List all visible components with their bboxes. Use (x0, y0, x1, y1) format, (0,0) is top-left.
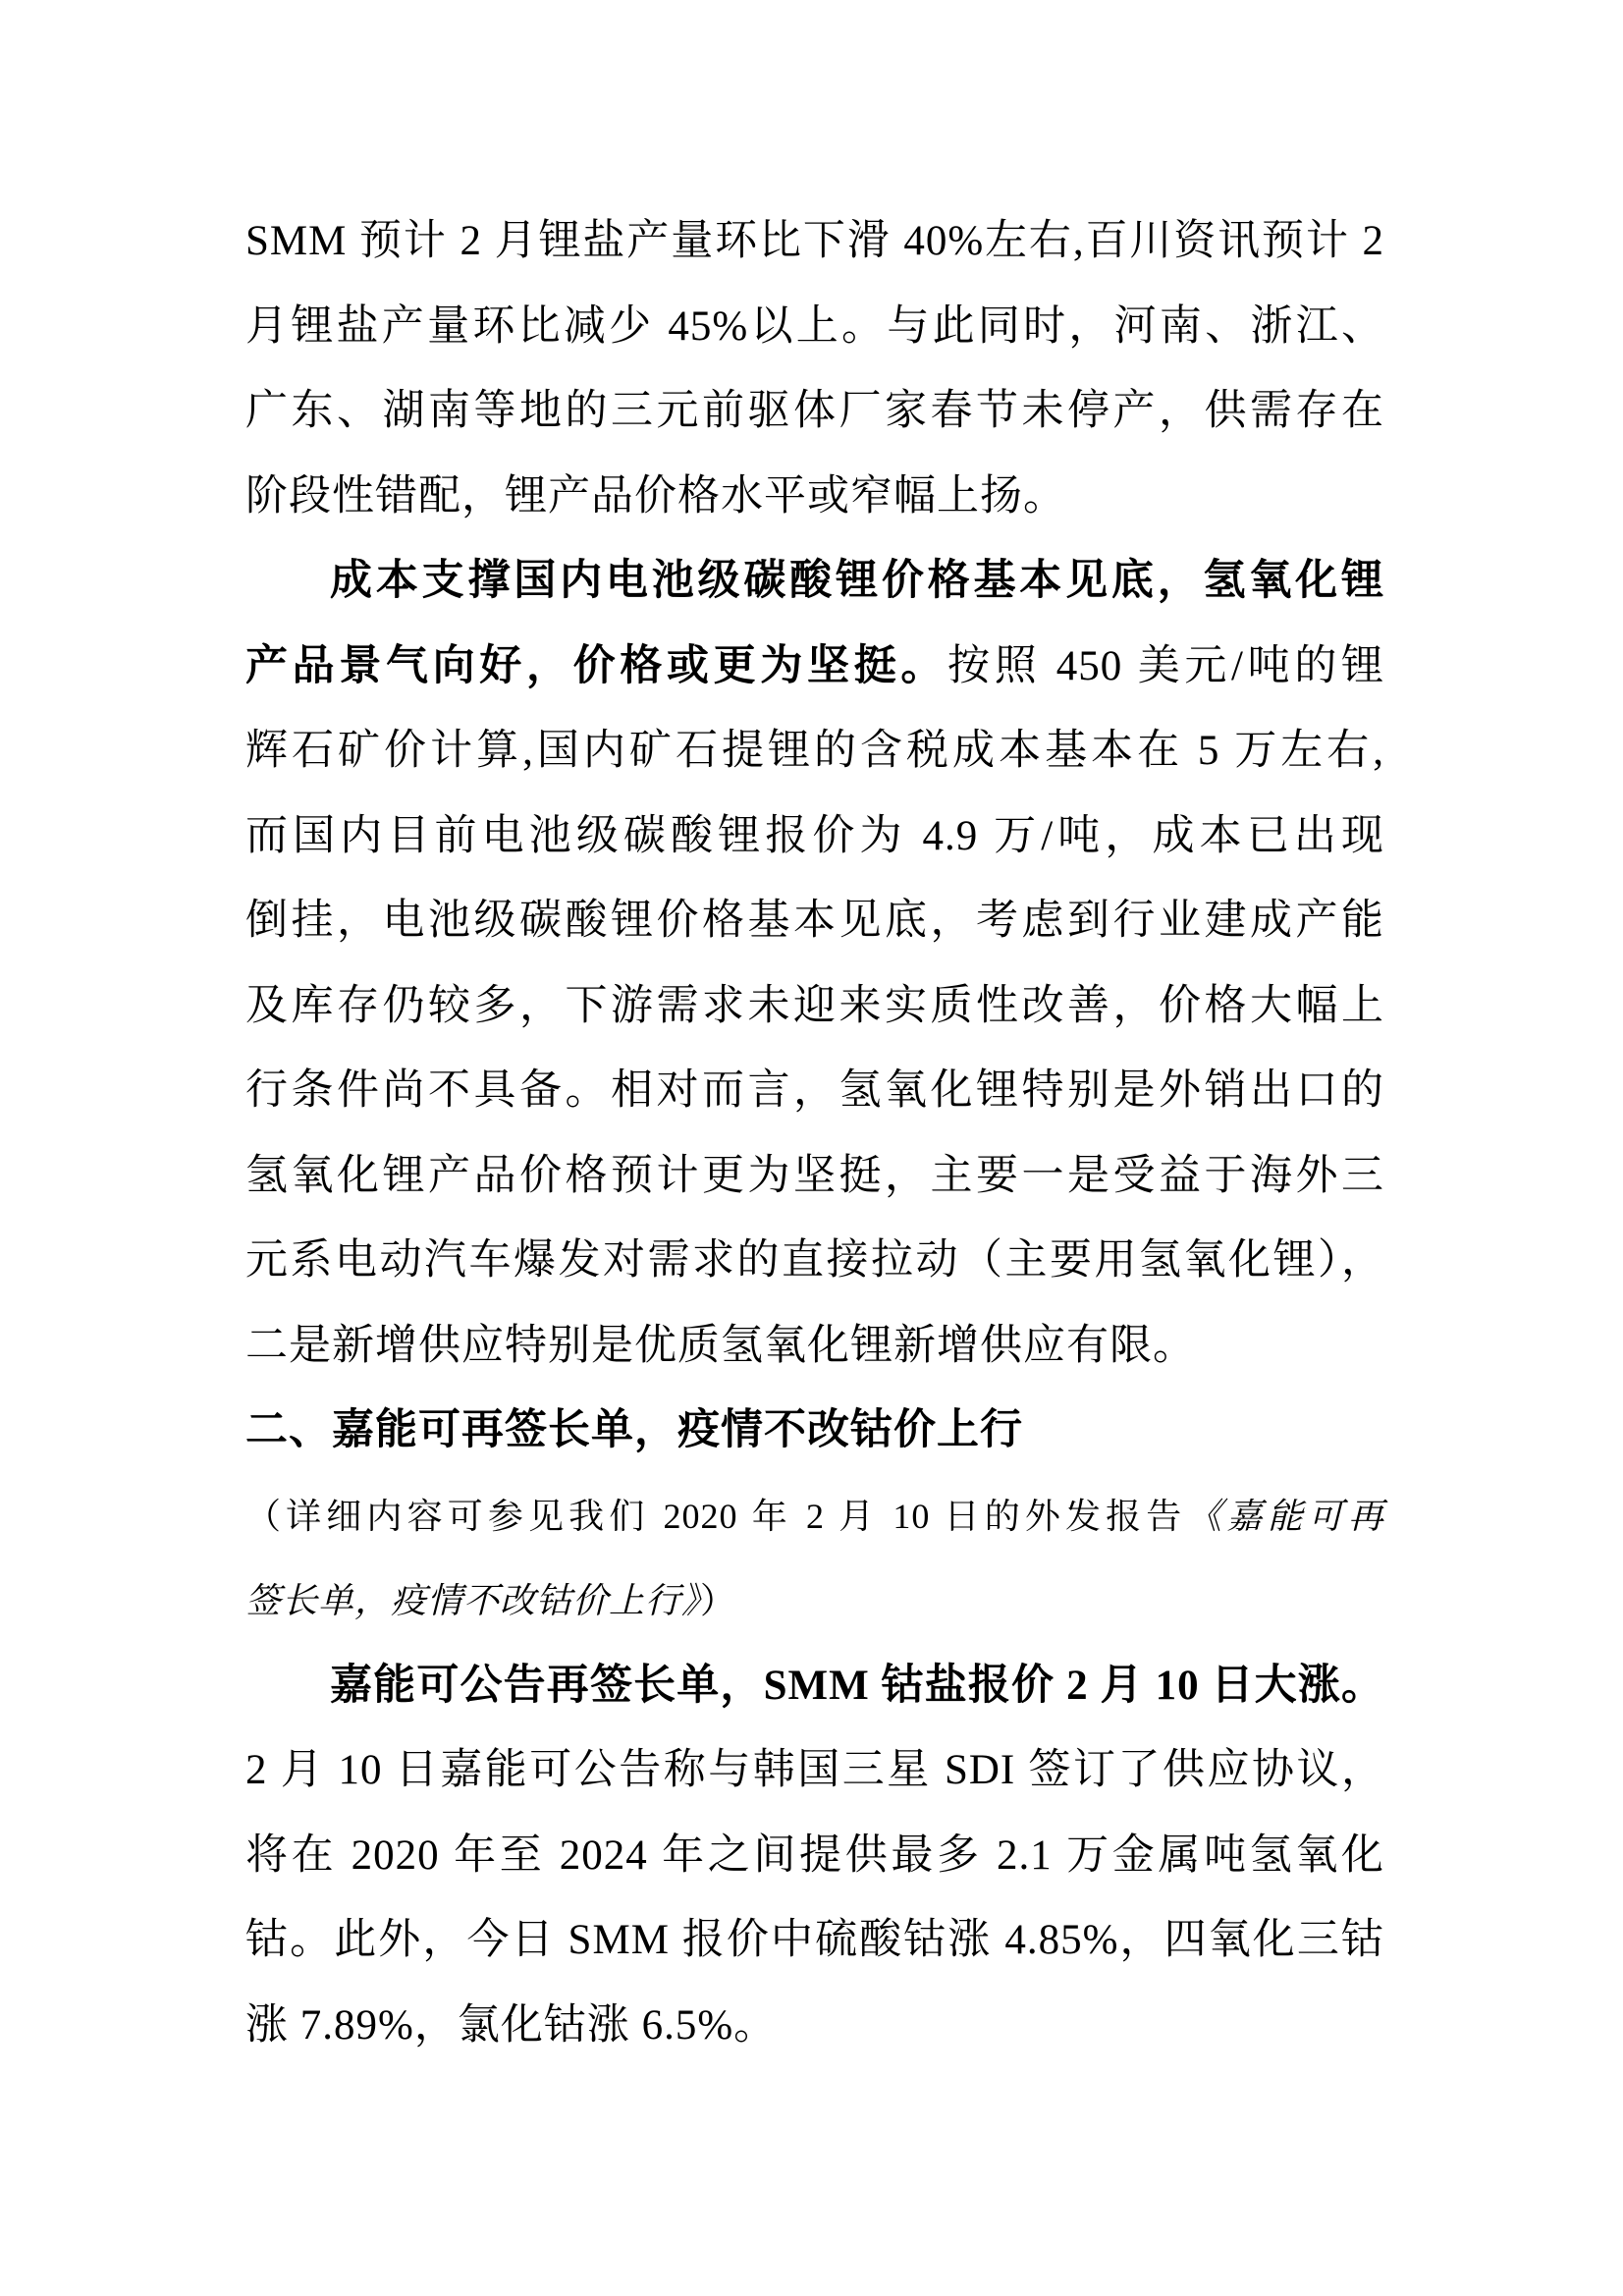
text-segment: 行条件尚不具备。相对而言，氢氧化锂特别是外销出口的 (245, 1067, 1384, 1114)
text-line: 涨 7.89%，氯化钴涨 6.5%。 (245, 1984, 1384, 2069)
text-segment: 辉石矿价计算,国内矿石提锂的含税成本基本在 5 万左右, (245, 728, 1384, 774)
text-segment: 签长单，疫情不改钴价上行》 (245, 1581, 700, 1620)
text-line: 而国内目前电池级碳酸锂报价为 4.9 万/吨，成本已出现 (245, 794, 1384, 880)
text-line: 二、嘉能可再签长单，疫情不改钴价上行 (245, 1389, 1384, 1474)
text-segment: 《嘉能可再 (1186, 1497, 1384, 1536)
text-line: 钴。此外，今日 SMM 报价中硫酸钴涨 4.85%，四氧化三钴 (245, 1898, 1384, 1984)
text-segment: 阶段性错配，锂产品价格水平或窄幅上扬。 (245, 473, 1066, 519)
text-segment: 及库存仍较多，下游需求未迎来实质性改善，价格大幅上 (245, 983, 1384, 1029)
text-segment: 氢氧化锂产品价格预计更为坚挺，主要一是受益于海外三 (245, 1153, 1384, 1199)
para-cost-support: 成本支撑国内电池级碳酸锂价格基本见底，氢氧化锂产品景气向好，价格或更为坚挺。按照… (245, 539, 1384, 1389)
text-segment: 成本支撑国内电池级碳酸锂价格基本见底，氢氧化锂 (330, 558, 1384, 604)
text-line: 倒挂，电池级碳酸锂价格基本见底，考虑到行业建成产能 (245, 879, 1384, 964)
text-line: 将在 2020 年至 2024 年之间提供最多 2.1 万金属吨氢氧化 (245, 1814, 1384, 1899)
text-segment: 按照 450 美元/吨的锂 (947, 643, 1384, 689)
document-page: SMM 预计 2 月锂盐产量环比下滑 40%左右,百川资讯预计 2月锂盐产量环比… (0, 0, 1623, 2296)
text-line: 2 月 10 日嘉能可公告称与韩国三星 SDI 签订了供应协议， (245, 1728, 1384, 1814)
text-line: 二是新增供应特别是优质氢氧化锂新增供应有限。 (245, 1304, 1384, 1390)
text-segment: 钴。此外，今日 SMM 报价中硫酸钴涨 4.85%，四氧化三钴 (245, 1917, 1384, 1963)
heading-section-two: 二、嘉能可再签长单，疫情不改钴价上行 (245, 1389, 1384, 1474)
text-line: 月锂盐产量环比减少 45%以上。与此同时，河南、浙江、 (245, 285, 1384, 370)
text-line: 签长单，疫情不改钴价上行》） (245, 1558, 1384, 1644)
text-line: 嘉能可公告再签长单，SMM 钴盐报价 2 月 10 日大涨。 (245, 1644, 1384, 1729)
text-line: SMM 预计 2 月锂盐产量环比下滑 40%左右,百川资讯预计 2 (245, 199, 1384, 285)
text-line: 广东、湖南等地的三元前驱体厂家春节未停产，供需存在 (245, 369, 1384, 455)
text-line: 氢氧化锂产品价格预计更为坚挺，主要一是受益于海外三 (245, 1134, 1384, 1220)
text-segment: 而国内目前电池级碳酸锂报价为 4.9 万/吨，成本已出现 (245, 813, 1384, 859)
text-segment: 月锂盐产量环比减少 45%以上。与此同时，河南、浙江、 (245, 303, 1384, 350)
text-segment: 二、嘉能可再签长单，疫情不改钴价上行 (245, 1407, 1023, 1453)
para-glencore-contract: 嘉能可公告再签长单，SMM 钴盐报价 2 月 10 日大涨。2 月 10 日嘉能… (245, 1644, 1384, 2069)
text-segment: 二是新增供应特别是优质氢氧化锂新增供应有限。 (245, 1323, 1196, 1369)
text-segment: ） (700, 1581, 736, 1620)
para-lithium-supply: SMM 预计 2 月锂盐产量环比下滑 40%左右,百川资讯预计 2月锂盐产量环比… (245, 199, 1384, 539)
text-line: 及库存仍较多，下游需求未迎来实质性改善，价格大幅上 (245, 964, 1384, 1050)
text-segment: 广东、湖南等地的三元前驱体厂家春节未停产，供需存在 (245, 388, 1384, 434)
para-report-reference: （详细内容可参见我们 2020 年 2 月 10 日的外发报告《嘉能可再签长单，… (245, 1474, 1384, 1644)
text-segment: 涨 7.89%，氯化钴涨 6.5%。 (245, 2002, 777, 2049)
text-line: 元系电动汽车爆发对需求的直接拉动（主要用氢氧化锂）， (245, 1219, 1384, 1304)
document-content: SMM 预计 2 月锂盐产量环比下滑 40%左右,百川资讯预计 2月锂盐产量环比… (245, 199, 1384, 2068)
text-line: 辉石矿价计算,国内矿石提锂的含税成本基本在 5 万左右, (245, 709, 1384, 794)
text-line: 成本支撑国内电池级碳酸锂价格基本见底，氢氧化锂 (245, 539, 1384, 625)
text-segment: 嘉能可公告再签长单，SMM 钴盐报价 2 月 10 日大涨。 (330, 1663, 1384, 1709)
text-segment: （详细内容可参见我们 2020 年 2 月 10 日的外发报告 (245, 1497, 1186, 1536)
text-segment: SMM 预计 2 月锂盐产量环比下滑 40%左右,百川资讯预计 2 (245, 218, 1384, 264)
text-line: 阶段性错配，锂产品价格水平或窄幅上扬。 (245, 455, 1384, 540)
text-line: （详细内容可参见我们 2020 年 2 月 10 日的外发报告《嘉能可再 (245, 1474, 1384, 1559)
text-segment: 倒挂，电池级碳酸锂价格基本见底，考虑到行业建成产能 (245, 898, 1384, 944)
text-segment: 2 月 10 日嘉能可公告称与韩国三星 SDI 签订了供应协议， (245, 1747, 1384, 1793)
text-segment: 产品景气向好，价格或更为坚挺。 (245, 643, 947, 689)
text-segment: 元系电动汽车爆发对需求的直接拉动（主要用氢氧化锂）， (245, 1237, 1384, 1284)
text-line: 产品景气向好，价格或更为坚挺。按照 450 美元/吨的锂 (245, 625, 1384, 710)
text-segment: 将在 2020 年至 2024 年之间提供最多 2.1 万金属吨氢氧化 (245, 1832, 1384, 1879)
text-line: 行条件尚不具备。相对而言，氢氧化锂特别是外销出口的 (245, 1049, 1384, 1134)
